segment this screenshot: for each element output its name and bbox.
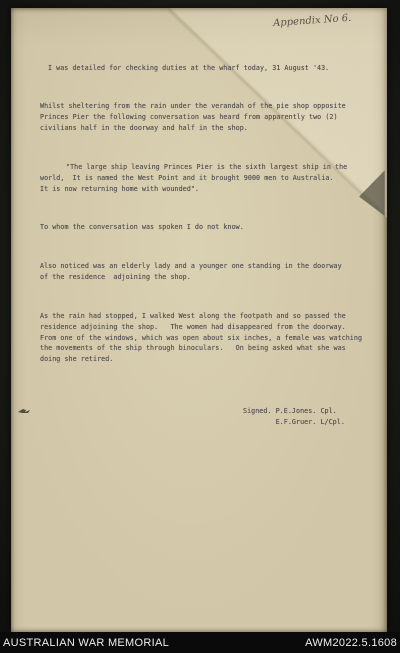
typed-paragraph: As the rain had stopped, I walked West a… <box>40 311 364 365</box>
signature-block: Signed. P.E.Jones. Cpl. E.F.Gruer. L/Cpl… <box>243 406 364 428</box>
typed-paragraph: Also noticed was an elderly lady and a y… <box>40 261 364 283</box>
typed-paragraph: To whom the conversation was spoken I do… <box>40 222 364 233</box>
typed-report-body: I was detailed for checking duties at th… <box>40 41 364 449</box>
scan-background: Appendix No 6. I was detailed for checki… <box>0 0 400 632</box>
typed-paragraph: Whilst sheltering from the rain under th… <box>40 101 364 133</box>
typed-paragraph: I was detailed for checking duties at th… <box>40 63 364 74</box>
accession-number: AWM2022.5.1608 <box>305 637 397 649</box>
caption-bar: AUSTRALIAN WAR MEMORIAL AWM2022.5.1608 <box>0 632 400 653</box>
scanned-document-page: Appendix No 6. I was detailed for checki… <box>11 8 387 632</box>
handwritten-annotation: Appendix No 6. <box>273 10 393 29</box>
institution-label: AUSTRALIAN WAR MEMORIAL <box>3 637 169 649</box>
typed-paragraph: "The large ship leaving Princes Pier is … <box>40 162 364 194</box>
paper-blemish-mark <box>17 405 33 415</box>
